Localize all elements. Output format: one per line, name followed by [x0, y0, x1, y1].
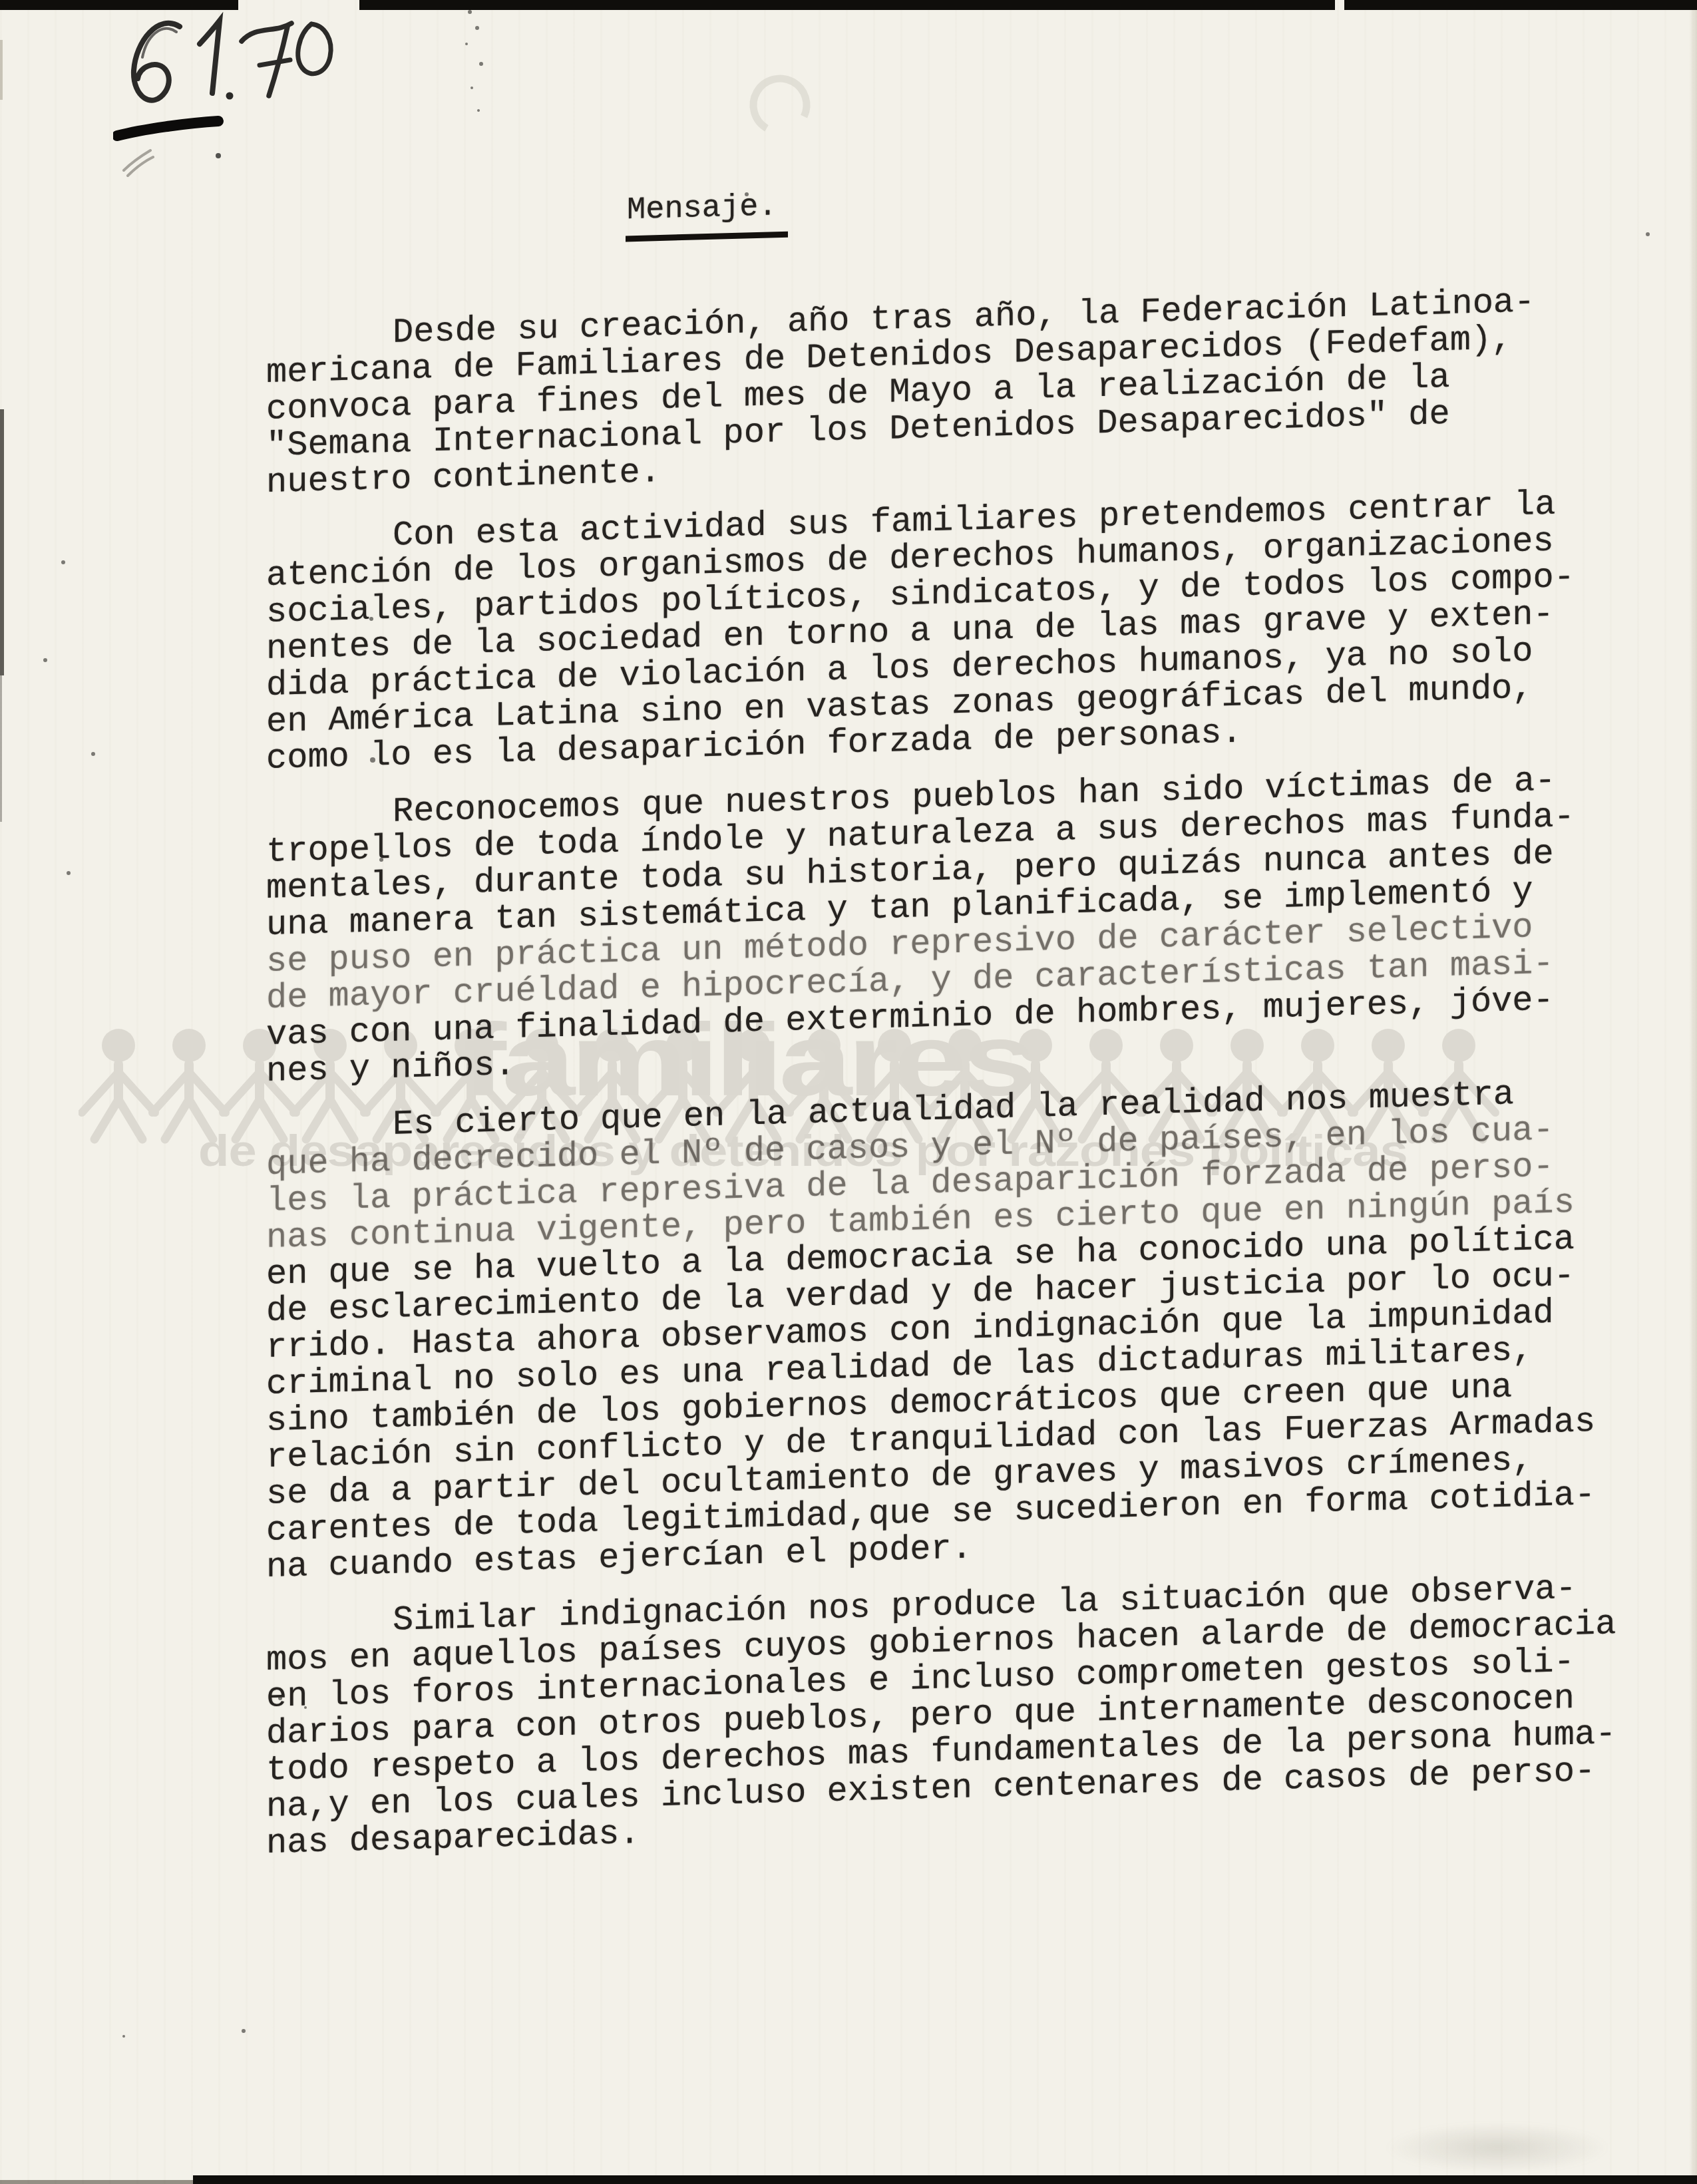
paragraph: Desde su creación, año tras año, la Fede…: [266, 280, 1657, 501]
scanned-document-page: familiares de desaparecidos y detenidos …: [0, 0, 1697, 2184]
scan-edge-bottom-left: [0, 2180, 193, 2184]
title-row: Mensaje.: [626, 163, 1657, 242]
scan-edge-bottom: [193, 2175, 1697, 2184]
faint-smudge-ring: [743, 69, 816, 141]
paragraph: Reconocemos que nuestros pueblos han sid…: [266, 759, 1657, 1090]
handwritten-number: [113, 12, 353, 192]
handwritten-underline: [117, 121, 218, 136]
typewritten-content: Mensaje. Desde su creación, año tras año…: [266, 163, 1657, 1862]
scan-edge-left-lower: [0, 675, 2, 822]
scan-edge-left-upper: [0, 40, 3, 100]
scan-edge-right-shade: [1689, 0, 1697, 2184]
bottom-right-smudge: [1384, 2123, 1610, 2173]
paragraph: Es cierto que en la actualidad la realid…: [266, 1072, 1657, 1586]
paragraphs: Desde su creación, año tras año, la Fede…: [266, 280, 1657, 1862]
scan-edge-left: [0, 409, 4, 675]
paragraph: Con esta actividad sus familiares preten…: [266, 483, 1657, 777]
paragraph: Similar indignación nos produce la situa…: [266, 1568, 1657, 1862]
scan-edge-top: [0, 0, 1697, 10]
document-title: Mensaje.: [626, 188, 788, 242]
